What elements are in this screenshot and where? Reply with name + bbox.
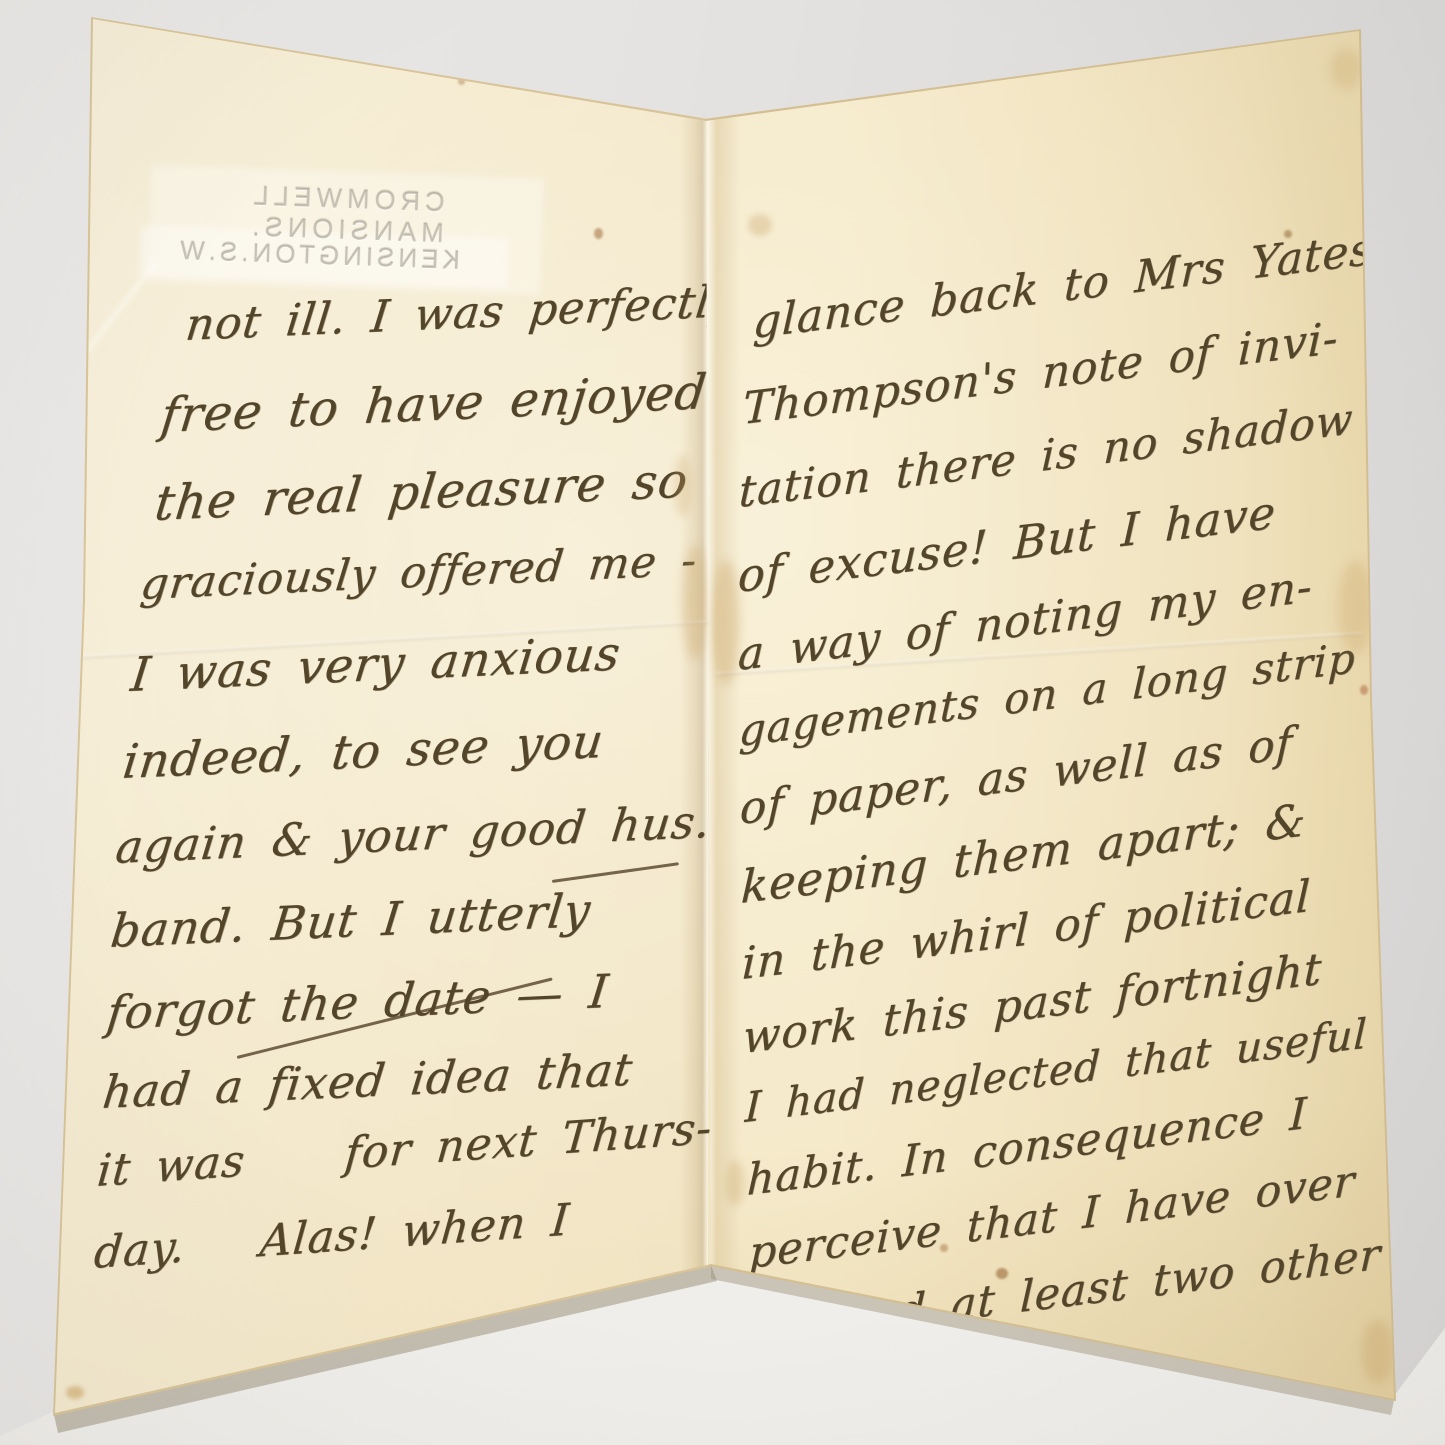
handwriting-line: indeed, to see you (120, 714, 607, 790)
handwriting-line: had a fixed idea that (100, 1043, 636, 1119)
foxing-stain (682, 545, 708, 660)
handwriting-line: not ill. I was perfectly (183, 276, 740, 351)
letter-photograph: CROMWELL MANSIONS. KENSINGTON.S.W not il… (0, 0, 1445, 1445)
foxing-spot (996, 1268, 1008, 1279)
foxing-stain (748, 214, 772, 236)
emboss-ghost-mark (85, 262, 157, 352)
foxing-stain (726, 1160, 744, 1206)
handwriting-line: the real pleasure so (152, 452, 691, 532)
foxing-spot (1284, 230, 1292, 238)
foxing-spot (66, 1386, 84, 1399)
foxing-spot (940, 1244, 948, 1252)
handwriting-line: again & your good hus. (113, 795, 714, 874)
foxing-spot (1360, 685, 1368, 695)
handwriting-line: it was for next Thurs- (95, 1103, 714, 1197)
handwriting-line: I was very anxious (128, 626, 624, 703)
foxing-spot (594, 228, 603, 239)
handwriting-line: band. But I utterly (108, 883, 594, 958)
foxing-stain (1362, 1320, 1394, 1384)
ink-underline (552, 862, 679, 882)
handwriting-line: free to have enjoyed (158, 364, 710, 444)
fold-crease (707, 100, 741, 1280)
handwriting-line: day. Alas! when I (92, 1194, 572, 1279)
foxing-stain (674, 455, 692, 517)
foxing-stain (712, 560, 740, 685)
foxing-stain (1330, 48, 1362, 90)
